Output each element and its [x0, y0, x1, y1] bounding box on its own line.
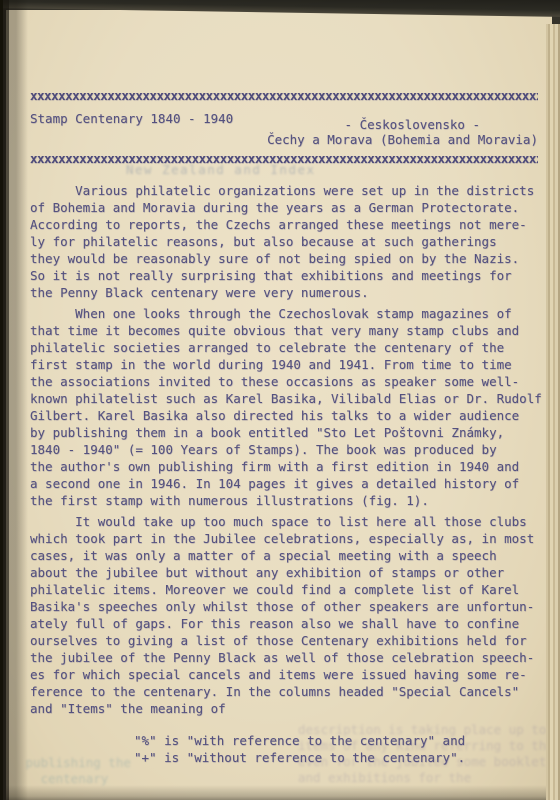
body-text: Various philatelic organizations were se…	[30, 182, 538, 766]
region-label: Čechy a Morava (Bohemia and Moravia)	[30, 131, 538, 148]
decorative-rule-top: xxxxxxxxxxxxxxxxxxxxxxxxxxxxxxxxxxxxxxxx…	[30, 90, 538, 103]
title-row: Stamp Centenary 1840 - 1940 - Českoslove…	[30, 110, 538, 127]
book-page-edges	[546, 24, 560, 800]
page-content: xxxxxxxxxxxxxxxxxxxxxxxxxxxxxxxxxxxxxxxx…	[30, 90, 538, 766]
symbol-legend: "%" is "with reference to the centenary"…	[134, 732, 538, 766]
decorative-rule-bottom: xxxxxxxxxxxxxxxxxxxxxxxxxxxxxxxxxxxxxxxx…	[30, 153, 538, 166]
bottom-scan-shadow	[6, 785, 552, 800]
paragraph-3: It would take up too much space to list …	[30, 513, 538, 717]
scanned-document-photo: { "document": { "header": { "rule": "xxx…	[0, 0, 560, 800]
paragraph-1: Various philatelic organizations were se…	[30, 182, 538, 301]
paragraph-2: When one looks through the Czechoslovak …	[30, 305, 538, 509]
book-gutter-shadow	[0, 0, 28, 800]
country-label: - Československo -	[345, 116, 480, 133]
document-page: New Zealand and Index xxxxxxxxxxxxxxxxxx…	[6, 10, 552, 800]
page-title: Stamp Centenary 1840 - 1940	[30, 110, 233, 127]
